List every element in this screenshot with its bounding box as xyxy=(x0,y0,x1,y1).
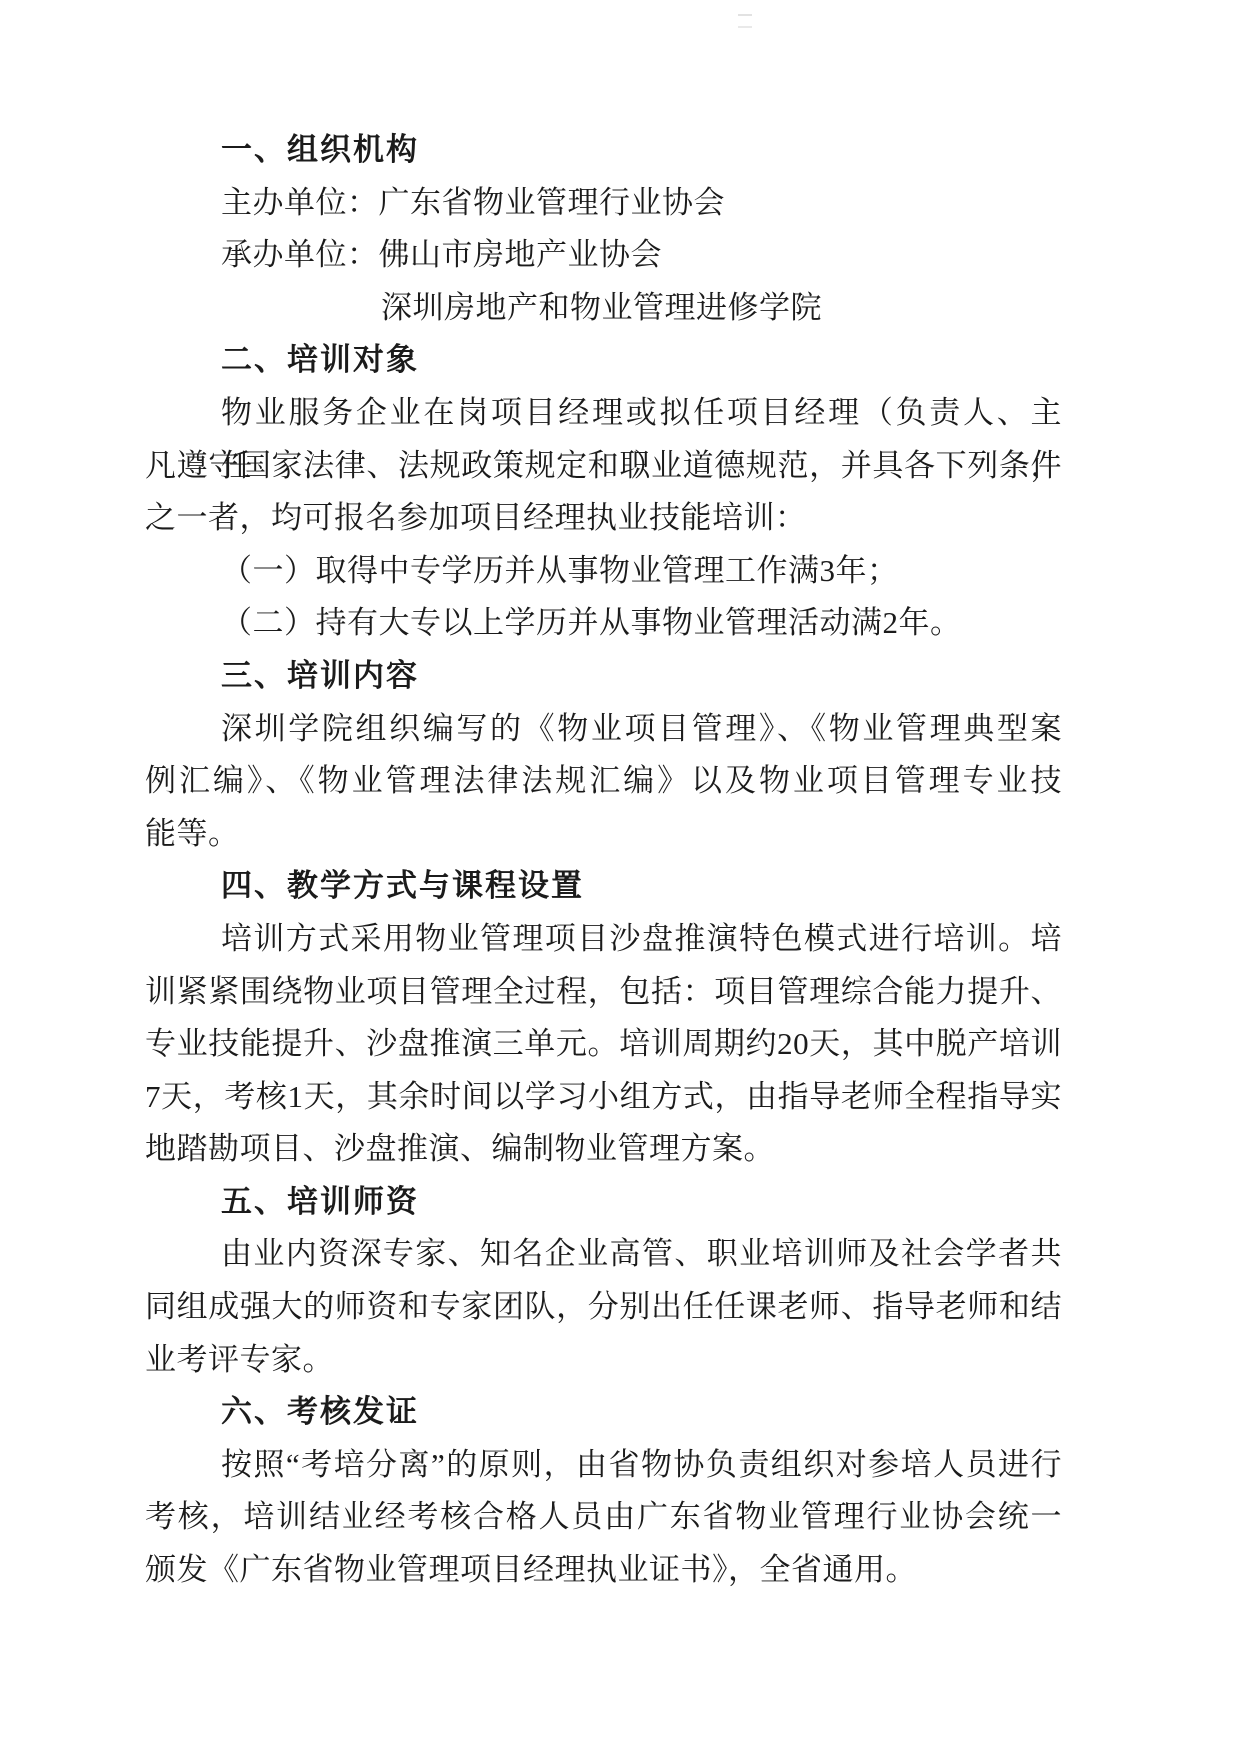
paragraph-line: 按照“考培分离”的原则，由省物协负责组织对参培人员进行 xyxy=(145,1439,1062,1492)
co-organizer-line: 承办单位：佛山市房地产业协会 xyxy=(145,229,1062,282)
section-heading-certification: 六、考核发证 xyxy=(145,1386,1062,1439)
paragraph-line: 深圳学院组织编写的《物业项目管理》、《物业管理典型案 xyxy=(145,703,1062,756)
paragraph-line: 地踏勘项目、沙盘推演、编制物业管理方案。 xyxy=(145,1123,1062,1176)
paragraph-line: 同组成强大的师资和专家团队，分别出任任课老师、指导老师和结 xyxy=(145,1281,1062,1334)
paragraph-line: 由业内资深专家、知名企业高管、职业培训师及社会学者共 xyxy=(145,1228,1062,1281)
paragraph-line: 训紧紧围绕物业项目管理全过程，包括：项目管理综合能力提升、 xyxy=(145,966,1062,1019)
condition-item-2: （二）持有大专以上学历并从事物业管理活动满2年。 xyxy=(145,597,1062,650)
paragraph-line: 颁发《广东省物业管理项目经理执业证书》，全省通用。 xyxy=(145,1544,1062,1597)
paragraph-line: 专业技能提升、沙盘推演三单元。培训周期约20天，其中脱产培训 xyxy=(145,1018,1062,1071)
paragraph-line: 之一者，均可报名参加项目经理执业技能培训： xyxy=(145,492,1062,545)
paragraph-line: 凡遵守国家法律、法规政策规定和职业道德规范，并具各下列条件 xyxy=(145,440,1062,493)
section-heading-faculty: 五、培训师资 xyxy=(145,1176,1062,1229)
condition-item-1: （一）取得中专学历并从事物业管理工作满3年； xyxy=(145,545,1062,598)
section-heading-teaching-method: 四、教学方式与课程设置 xyxy=(145,860,1062,913)
paragraph-line: 能等。 xyxy=(145,808,1062,861)
section-heading-content: 三、培训内容 xyxy=(145,650,1062,703)
paragraph-line: 培训方式采用物业管理项目沙盘推演特色模式进行培训。培 xyxy=(145,913,1062,966)
co-organizer-line-2: 深圳房地产和物业管理进修学院 xyxy=(145,282,1062,335)
paragraph-line: 业考评专家。 xyxy=(145,1334,1062,1387)
paragraph-line: 考核，培训结业经考核合格人员由广东省物业管理行业协会统一 xyxy=(145,1491,1062,1544)
paragraph-line: 7天，考核1天，其余时间以学习小组方式，由指导老师全程指导实 xyxy=(145,1071,1062,1124)
scan-artifact-mark xyxy=(738,14,752,28)
paragraph-line: 例汇编》、《物业管理法律法规汇编》以及物业项目管理专业技 xyxy=(145,755,1062,808)
document-body: 一、组织机构 主办单位：广东省物业管理行业协会 承办单位：佛山市房地产业协会 深… xyxy=(145,124,1062,1597)
host-organizer-line: 主办单位：广东省物业管理行业协会 xyxy=(145,177,1062,230)
section-heading-organization: 一、组织机构 xyxy=(145,124,1062,177)
paragraph-line: 物业服务企业在岗项目经理或拟任项目经理（负责人、主任）， xyxy=(145,387,1062,440)
section-heading-trainees: 二、培训对象 xyxy=(145,334,1062,387)
scanned-document-page: 一、组织机构 主办单位：广东省物业管理行业协会 承办单位：佛山市房地产业协会 深… xyxy=(0,0,1240,1752)
